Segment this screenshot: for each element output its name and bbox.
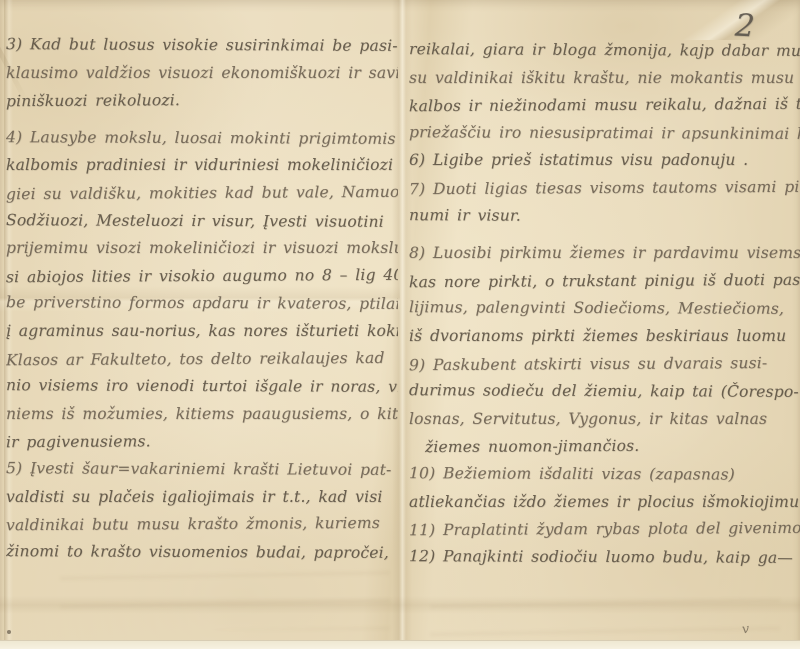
pencil-dot xyxy=(7,630,11,634)
manuscript-line: ir pagivenusiems. xyxy=(6,431,398,461)
manuscript-line: Klasos ar Fakulteto, tos delto reikalauj… xyxy=(6,348,398,378)
manuscript-line: nio visiems iro vienodi turtoi išgale ir… xyxy=(6,376,398,405)
scanned-manuscript-page: 2 3) Kad but luosus visokie susirinkimai… xyxy=(0,0,800,649)
manuscript-line: durimus sodieču del žiemiu, kaip tai (Čo… xyxy=(409,381,800,410)
manuscript-line: į agraminus sau-norius, kas nores išturi… xyxy=(6,322,398,350)
manuscript-line: kalbos ir niežinodami musu reikalu, dažn… xyxy=(409,95,800,125)
manuscript-line: prijemimu visozi mokeliničiozi ir visuoz… xyxy=(6,239,398,267)
scan-background-strip xyxy=(0,640,800,649)
manuscript-line: iš dvorianoms pirkti žiemes beskiriaus l… xyxy=(409,327,800,355)
manuscript-line: niems iš možumies, kitiems paaugusiems, … xyxy=(6,405,398,433)
manuscript-line: piniškuozi reikoluozi. xyxy=(6,90,398,120)
manuscript-line: be priverstino formos apdaru ir kvateros… xyxy=(6,293,398,322)
manuscript-line: 6) Ligibe prieš istatimus visu padonuju … xyxy=(409,151,800,179)
pencil-check-mark: v xyxy=(741,622,750,638)
manuscript-line: kas nore pirkti, o trukstant pinigu iš d… xyxy=(409,271,800,301)
manuscript-line: žiemes nuomon-jimančios. xyxy=(409,436,800,466)
manuscript-line: valdinikai butu musu krašto žmonis, kuri… xyxy=(6,514,398,544)
manuscript-line: su valdinikai iškitu kraštu, nie mokanti… xyxy=(409,69,800,97)
right-page-text-column: reikalai, giara ir bloga žmonija, kajp d… xyxy=(409,41,800,621)
manuscript-line: žinomi to krašto visuomenios budai, papr… xyxy=(6,542,398,571)
manuscript-line: klausimo valdžios visuozi ekonomiškuozi … xyxy=(6,64,398,92)
manuscript-line: losnas, Servitutus, Vygonus, ir kitas va… xyxy=(409,410,800,438)
manuscript-line: si abiojos lities ir visokio augumo no 8… xyxy=(6,266,398,296)
manuscript-line: numi ir visur. xyxy=(409,206,800,235)
manuscript-line: priežaščiu iro niesusipratimai ir apsunk… xyxy=(409,123,800,152)
manuscript-line: 7) Duoti ligias tiesas visoms tautoms vi… xyxy=(409,178,800,208)
manuscript-line: Sodžiuozi, Mesteluozi ir visur, Įvesti v… xyxy=(6,211,398,240)
manuscript-line: valdisti su plačeis igaliojimais ir t.t.… xyxy=(6,488,398,516)
manuscript-line: 10) Bežiemiom išdaliti vizas (zapasnas) xyxy=(409,464,800,493)
manuscript-line: 12) Panajkinti sodiočiu luomo budu, kaip… xyxy=(409,547,800,576)
manuscript-line: 8) Luosibi pirkimu žiemes ir pardavimu v… xyxy=(409,244,800,272)
manuscript-line: giei su valdišku, mokities kad but vale,… xyxy=(6,183,398,213)
manuscript-line: 4) Lausybe mokslu, luosai mokinti prigim… xyxy=(6,128,398,157)
manuscript-line: reikalai, giara ir bloga žmonija, kajp d… xyxy=(409,41,800,69)
manuscript-line: 5) Įvesti šaur=vakariniemi krašti Lietuv… xyxy=(6,459,398,488)
left-page-text-column: 3) Kad but luosus visokie susirinkimai b… xyxy=(6,36,398,616)
manuscript-line: atliekančias iždo žiemes ir plocius išmo… xyxy=(409,493,800,521)
manuscript-line: lijimus, palengvinti Sodiečioms, Mestieč… xyxy=(409,298,800,327)
manuscript-line: 11) Praplatinti žydam rybas plota del gi… xyxy=(409,519,800,549)
manuscript-line: kalbomis pradiniesi ir viduriniesi mokel… xyxy=(6,156,398,184)
page-number: 2 xyxy=(734,8,756,45)
manuscript-line: 3) Kad but luosus visokie susirinkimai b… xyxy=(6,36,398,64)
manuscript-line: 9) Paskubent atskirti visus su dvarais s… xyxy=(409,353,800,383)
